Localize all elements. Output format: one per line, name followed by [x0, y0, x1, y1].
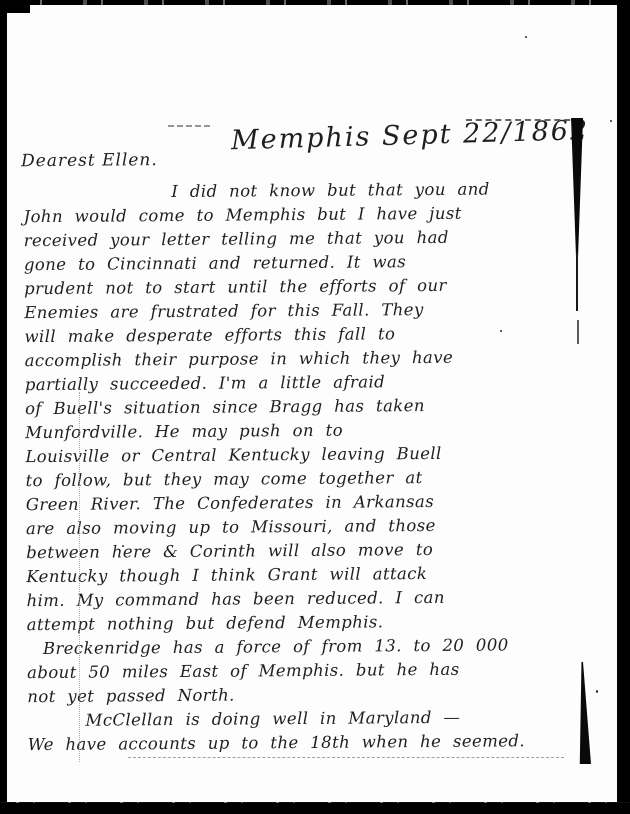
salutation: Dearest Ellen. [21, 150, 158, 171]
scan-border-right [617, 0, 630, 814]
letter-line: We have accounts up to the 18th when he … [28, 729, 594, 757]
scanned-letter-frame: Memphis Sept 22/1862 Dearest Ellen. I di… [0, 0, 630, 814]
scan-speck [500, 330, 502, 332]
scan-border-top [0, 0, 630, 5]
scan-speck [610, 120, 612, 122]
scan-dash-artifact [168, 125, 210, 127]
fold-line-vertical [79, 392, 80, 762]
letter-line: Breckenridge has a force of from 13. to … [27, 633, 593, 661]
letter-body: I did not know but that you and John wou… [23, 177, 594, 757]
scan-speck [596, 690, 598, 693]
ink-blot-tail [577, 320, 579, 344]
scan-speck [525, 36, 527, 38]
dateline: Memphis Sept 22/1862 [231, 115, 590, 156]
scan-speck [122, 545, 124, 547]
scan-border-left [0, 0, 7, 814]
scan-border-bottom [0, 803, 630, 814]
page-edge-dotted-line [128, 757, 564, 758]
scan-dash-artifact [466, 119, 580, 121]
letter-page: Memphis Sept 22/1862 Dearest Ellen. I di… [7, 5, 617, 803]
ink-blot-tail [576, 253, 578, 311]
